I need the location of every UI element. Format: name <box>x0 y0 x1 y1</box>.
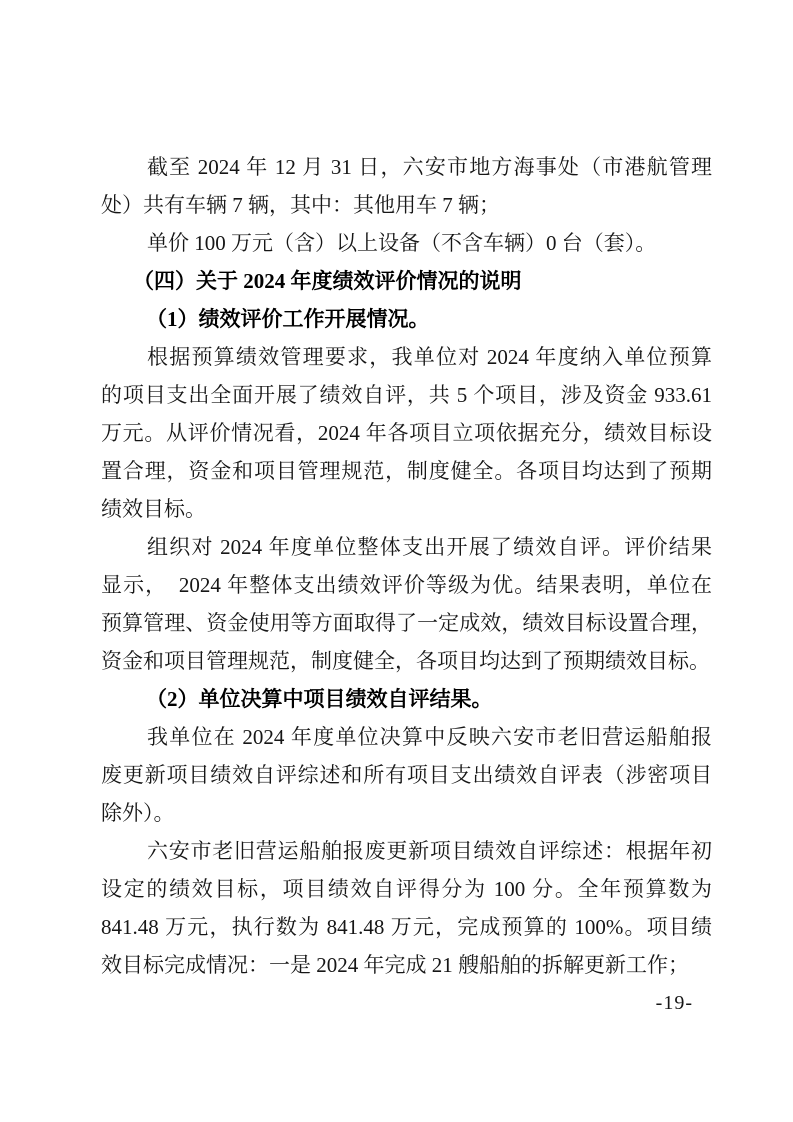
text-line: 六安市老旧营运船舶报废更新项目绩效自评综述：根据年初 <box>101 832 712 870</box>
page-number: -19- <box>656 992 693 1014</box>
paragraph: 六安市老旧营运船舶报废更新项目绩效自评综述：根据年初设定的绩效目标，项目绩效自评… <box>101 832 712 984</box>
text-line: 预算管理、资金使用等方面取得了一定成效，绩效目标设置合理， <box>101 604 712 642</box>
text-line: 处）共有车辆 7 辆，其中：其他用车 7 辆； <box>101 186 712 224</box>
paragraph: 单价 100 万元（含）以上设备（不含车辆）0 台（套）。 <box>101 224 712 262</box>
text-line: 资金和项目管理规范，制度健全，各项目均达到了预期绩效目标。 <box>101 642 712 680</box>
text-line: 根据预算绩效管理要求，我单位对 2024 年度纳入单位预算 <box>101 338 712 376</box>
document-body: 截至 2024 年 12 月 31 日，六安市地方海事处（市港航管理处）共有车辆… <box>101 148 712 984</box>
paragraph: 我单位在 2024 年度单位决算中反映六安市老旧营运船舶报废更新项目绩效自评综述… <box>101 718 712 832</box>
text-line: （2）单位决算中项目绩效自评结果。 <box>101 680 712 718</box>
text-line: 绩效目标。 <box>101 490 712 528</box>
text-line: 组织对 2024 年度单位整体支出开展了绩效自评。评价结果 <box>101 528 712 566</box>
text-line: 废更新项目绩效自评综述和所有项目支出绩效自评表（涉密项目 <box>101 756 712 794</box>
text-line: （1）绩效评价工作开展情况。 <box>101 300 712 338</box>
text-line: 我单位在 2024 年度单位决算中反映六安市老旧营运船舶报 <box>101 718 712 756</box>
document-page: 截至 2024 年 12 月 31 日，六安市地方海事处（市港航管理处）共有车辆… <box>0 0 793 1122</box>
text-line: 截至 2024 年 12 月 31 日，六安市地方海事处（市港航管理 <box>101 148 712 186</box>
text-line: 841.48 万元，执行数为 841.48 万元，完成预算的 100%。项目绩 <box>101 908 712 946</box>
text-line: 的项目支出全面开展了绩效自评，共 5 个项目，涉及资金 933.61 <box>101 376 712 414</box>
paragraph: 根据预算绩效管理要求，我单位对 2024 年度纳入单位预算的项目支出全面开展了绩… <box>101 338 712 528</box>
section-heading: （1）绩效评价工作开展情况。 <box>101 300 712 338</box>
text-line: （四）关于 2024 年度绩效评价情况的说明 <box>101 262 712 300</box>
section-heading: （2）单位决算中项目绩效自评结果。 <box>101 680 712 718</box>
text-line: 除外）。 <box>101 794 712 832</box>
paragraph: 组织对 2024 年度单位整体支出开展了绩效自评。评价结果显示， 2024 年整… <box>101 528 712 680</box>
text-line: 效目标完成情况：一是 2024 年完成 21 艘船舶的拆解更新工作； <box>101 946 712 984</box>
text-line: 设定的绩效目标，项目绩效自评得分为 100 分。全年预算数为 <box>101 870 712 908</box>
text-line: 显示， 2024 年整体支出绩效评价等级为优。结果表明，单位在 <box>101 566 712 604</box>
section-heading: （四）关于 2024 年度绩效评价情况的说明 <box>101 262 712 300</box>
paragraph: 截至 2024 年 12 月 31 日，六安市地方海事处（市港航管理处）共有车辆… <box>101 148 712 224</box>
text-line: 置合理，资金和项目管理规范，制度健全。各项目均达到了预期 <box>101 452 712 490</box>
text-line: 单价 100 万元（含）以上设备（不含车辆）0 台（套）。 <box>101 224 712 262</box>
text-line: 万元。从评价情况看，2024 年各项目立项依据充分，绩效目标设 <box>101 414 712 452</box>
